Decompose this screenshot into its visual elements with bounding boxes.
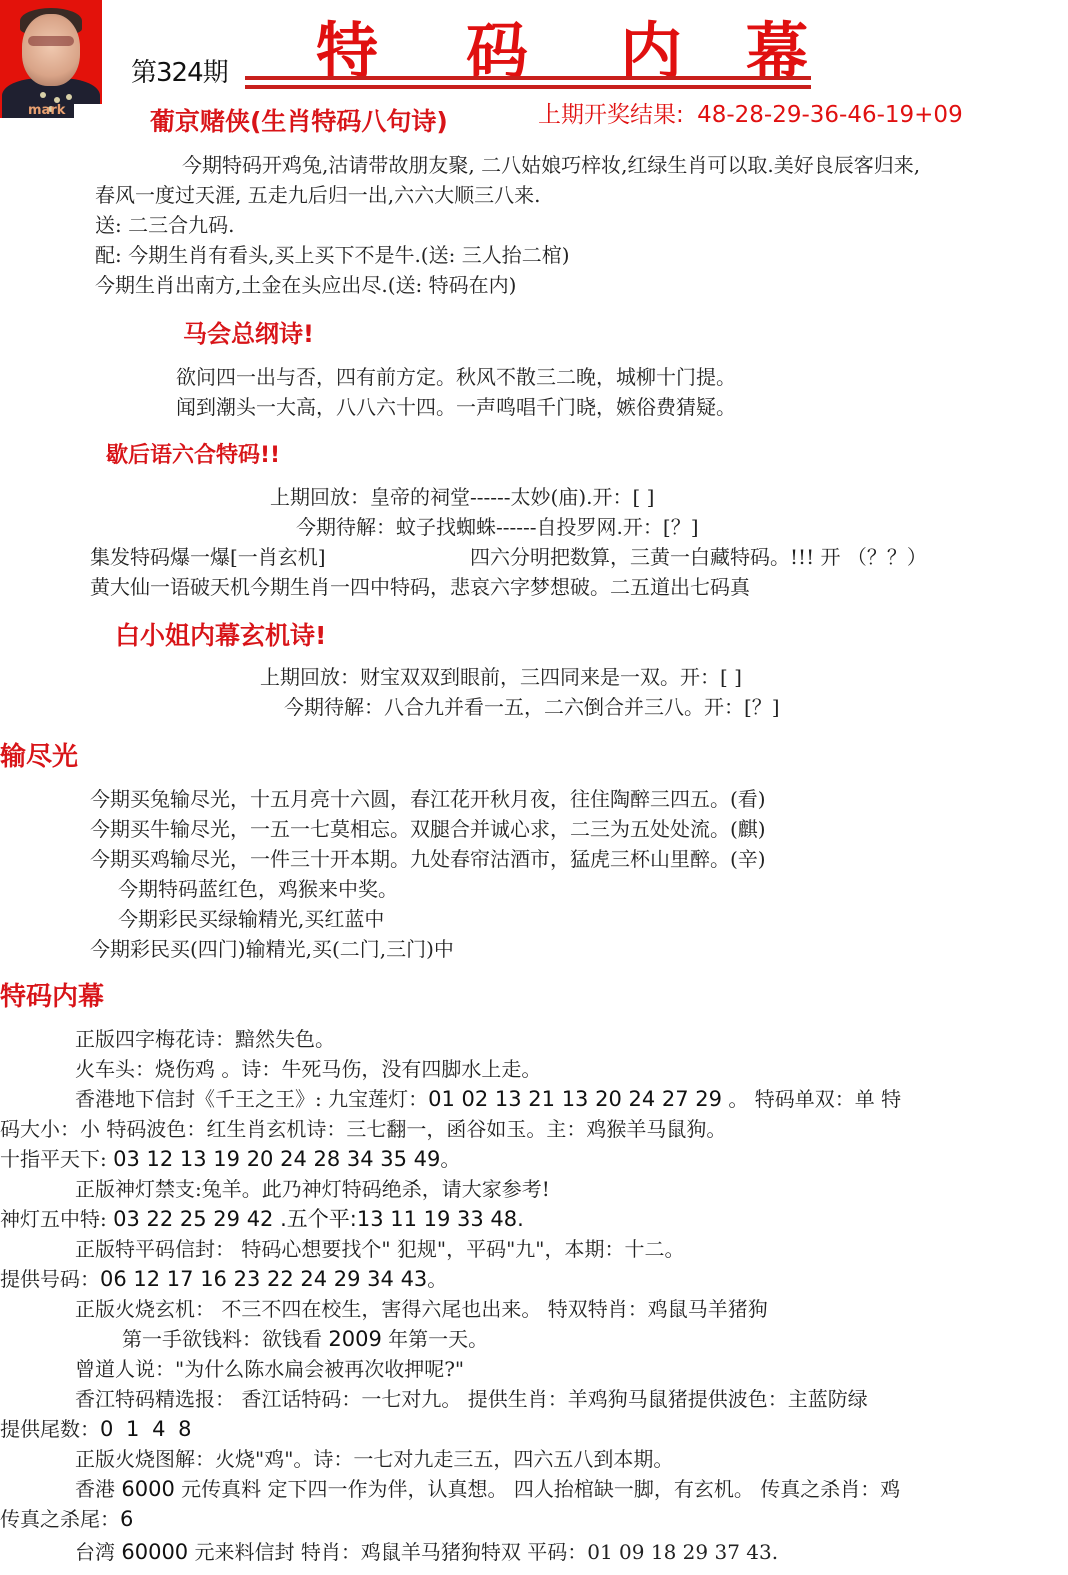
section-heading-shujinguang: 输尽光: [0, 736, 78, 773]
neimu-line: 台湾 60000 元来料信封 特肖：鸡鼠羊马猪狗特双 平码：01 09 18 2…: [75, 1537, 778, 1567]
page-title: 特 码 内 幕: [316, 2, 836, 82]
poem-line: 今期特码开鸡兔,沽请带故朋友聚, 二八姑娘巧梓妆,红绿生肖可以取.美好良辰客归来…: [182, 150, 920, 180]
shujinguang-line: 今期买牛输尽光，一五一七莫相忘。双腿合并诚心求，二三为五处处流。(麒): [90, 814, 766, 844]
neimu-prefix: 台湾: [75, 1540, 121, 1564]
neimu-line: 正版神灯禁支:兔羊。此乃神灯特码绝杀，请大家参考!: [75, 1174, 550, 1204]
neimu-suffix: 。: [427, 1267, 447, 1291]
shujinguang-line: 今期特码蓝红色，鸡猴来中奖。: [118, 874, 398, 904]
title-underline: [245, 85, 811, 89]
neimu-line: 传真之杀尾：6: [0, 1504, 133, 1534]
neimu-line: 十指平天下: 03 12 13 19 20 24 28 34 35 49。: [0, 1144, 460, 1174]
baixiaojie-line: 今期待解：八合九并看一五，二六倒合并三八。开：[？]: [284, 692, 780, 722]
title-underline: [245, 76, 811, 80]
huangdaxian-line: 黄大仙一语破天机今期生肖一四中特码，悲哀六字梦想破。二五道出七码真: [90, 572, 750, 602]
neimu-prefix: 香港: [75, 1477, 121, 1501]
neimu-line: 码大小：小 特码波色：红生肖玄机诗：三七翻一，函谷如玉。主：鸡猴羊马鼠狗。: [0, 1114, 726, 1144]
shujinguang-line: 今期彩民买绿输精光,买红蓝中: [118, 904, 384, 934]
neimu-prefix: 神灯五中特:: [0, 1207, 113, 1231]
neimu-suffix: 。: [440, 1147, 460, 1171]
neimu-suffix: 元来料信封 特肖：鸡鼠羊马猪狗特双 平码：01 09 18 29 37 43.: [188, 1540, 778, 1564]
neimu-numbers: 01 02 13 21 13 20 24 27 29: [428, 1087, 722, 1111]
neimu-prefix: 十指平天下:: [0, 1147, 113, 1171]
neimu-numbers: 0 1 4 8: [100, 1417, 194, 1441]
neimu-prefix: 提供尾数：: [0, 1417, 100, 1441]
avatar-face-shape: [22, 14, 80, 86]
shujinguang-line: 今期买兔输尽光，十五月亮十六圆，春江花开秋月夜，往住陶醉三四五。(看): [90, 784, 766, 814]
neimu-numbers: 03 22 25 29 42 .五个平:13 11 19 33 48.: [113, 1207, 524, 1231]
mahui-line: 欲问四一出与否，四有前方定。秋风不散三二晚，城柳十门提。: [176, 362, 736, 392]
jifa-label: 集发特码爆一爆[一肖玄机]: [90, 542, 326, 572]
neimu-numbers: 03 12 13 19 20 24 28 34 35 49: [113, 1147, 440, 1171]
neimu-line: 提供尾数：0 1 4 8: [0, 1414, 194, 1444]
avatar-button-dot: [66, 94, 72, 100]
neimu-line: 提供号码：06 12 17 16 23 22 24 29 34 43。: [0, 1264, 447, 1294]
issue-number: 第324期: [131, 52, 228, 89]
last-result-label: 上期开奖结果:: [538, 102, 684, 128]
neimu-prefix: 第一手欲钱料：欲钱看: [122, 1327, 328, 1351]
xiehouyu-line: 今期待解：蚊子找蜘蛛------自投罗网.开：[？]: [296, 512, 699, 542]
section-heading-baixiaojie: 白小姐内幕玄机诗!: [115, 616, 326, 652]
poem-line: 春风一度过天涯, 五走九后归一出,六六大顺三八来.: [95, 180, 540, 210]
subtitle-heading: 葡京赌侠(生肖特码八句诗): [150, 102, 448, 138]
jifa-text: 四六分明把数算，三黄一白藏特码。!!! 开 （？？）: [470, 542, 927, 572]
avatar-caption-backdrop: [74, 104, 102, 118]
neimu-line: 香港地下信封《千王之王》: 九宝莲灯：01 02 13 21 13 20 24 …: [75, 1084, 901, 1114]
avatar-glasses-shape: [28, 36, 74, 46]
neimu-prefix: 传真之杀尾：: [0, 1507, 120, 1531]
neimu-line: 正版四字梅花诗：黯然失色。: [75, 1024, 335, 1054]
neimu-suffix: 元传真料 定下四一作为伴，认真想。 四人抬棺缺一脚，有玄机。 传真之杀肖：鸡: [175, 1477, 900, 1501]
mahui-line: 闻到潮头一大高，八八六十四。一声鸣唱千门晓，嫉俗费猜疑。: [176, 392, 736, 422]
xiehouyu-line: 上期回放：皇帝的祠堂------太妙(庙).开：[ ]: [270, 482, 654, 512]
neimu-suffix: 年第一天。: [382, 1327, 488, 1351]
neimu-suffix: 。 特码单双：单 特: [722, 1087, 901, 1111]
neimu-prefix: 提供号码：: [0, 1267, 100, 1291]
neimu-line: 正版火烧玄机： 不三不四在校生，害得六尾也出来。 特双特肖：鸡鼠马羊猪狗: [75, 1294, 768, 1324]
neimu-line: 火车头：烧伤鸡 。诗：牛死马伤，没有四脚水上走。: [75, 1054, 541, 1084]
neimu-line: 正版火烧图解：火烧"鸡"。诗：一七对九走三五，四六五八到本期。: [75, 1444, 673, 1474]
shujinguang-line: 今期买鸡输尽光，一件三十开本期。九处春帘沽酒市，猛虎三杯山里醉。(辛): [90, 844, 766, 874]
neimu-numbers: 06 12 17 16 23 22 24 29 34 43: [100, 1267, 427, 1291]
neimu-line: 曾道人说："为什么陈水扁会被再次收押呢?": [75, 1354, 464, 1384]
neimu-numbers: 6000: [121, 1477, 174, 1501]
last-result-value: 48-28-29-36-46-19+09: [697, 102, 963, 128]
section-heading-temaneimu: 特码内幕: [0, 976, 104, 1013]
avatar-caption: mark: [28, 103, 65, 118]
section-heading-mahui: 马会总纲诗!: [183, 314, 314, 349]
avatar-button-dot: [40, 92, 46, 98]
section-heading-xiehouyu: 歇后语六合特码!!: [106, 438, 280, 469]
neimu-line: 第一手欲钱料：欲钱看 2009 年第一天。: [122, 1324, 488, 1354]
neimu-line: 香江特码精选报： 香江话特码：一七对九。 提供生肖：羊鸡狗马鼠猪提供波色：主蓝防…: [75, 1384, 868, 1414]
neimu-line: 神灯五中特: 03 22 25 29 42 .五个平:13 11 19 33 4…: [0, 1204, 524, 1234]
last-result: 上期开奖结果: 48-28-29-36-46-19+09: [538, 96, 963, 129]
baixiaojie-line: 上期回放：财宝双双到眼前，三四同来是一双。开：[ ]: [260, 662, 742, 692]
neimu-line: 香港 6000 元传真料 定下四一作为伴，认真想。 四人抬棺缺一脚，有玄机。 传…: [75, 1474, 900, 1504]
neimu-prefix: 香港地下信封《千王之王》: 九宝莲灯：: [75, 1087, 428, 1111]
poem-line: 配: 今期生肖有看头,买上买下不是牛.(送: 三人抬二棺): [95, 240, 570, 270]
poem-line: 送: 二三合九码.: [95, 210, 234, 240]
poem-line: 今期生肖出南方,土金在头应出尽.(送: 特码在内): [95, 270, 516, 300]
neimu-numbers: 6: [120, 1507, 133, 1531]
neimu-numbers: 60000: [121, 1540, 188, 1564]
neimu-line: 正版特平码信封： 特码心想要找个" 犯规"，平码"九"，本期：十二。: [75, 1234, 685, 1264]
shujinguang-line: 今期彩民买(四门)输精光,买(二门,三门)中: [90, 934, 454, 964]
neimu-numbers: 2009: [328, 1327, 381, 1351]
avatar-photo: mark: [0, 0, 102, 118]
